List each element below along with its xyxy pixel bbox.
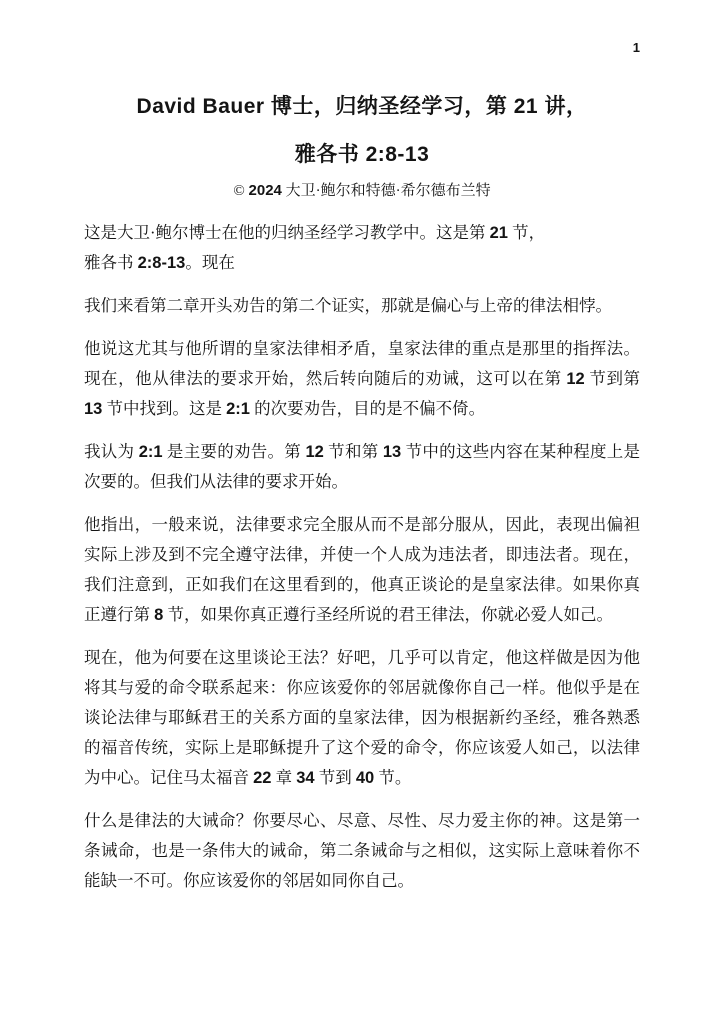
- copyright-line: © 2024 大卫·鲍尔和特德·希尔德布兰特: [0, 180, 724, 202]
- document-header: David Bauer 博士，归纳圣经学习，第 21 讲， 雅各书 2:8-13…: [0, 0, 724, 202]
- paragraph: 他指出，一般来说，法律要求完全服从而不是部分服从，因此，表现出偏袒实际上涉及到不…: [84, 510, 640, 630]
- paragraph: 他说这尤其与他所谓的皇家法律相矛盾，皇家法律的重点是那里的指挥法。现在，他从律法…: [84, 334, 640, 424]
- paragraph: 我们来看第二章开头劝告的第二个证实，那就是偏心与上帝的律法相悖。: [84, 291, 640, 321]
- document-page: 1 David Bauer 博士，归纳圣经学习，第 21 讲， 雅各书 2:8-…: [0, 0, 724, 1024]
- paragraph: 这是大卫·鲍尔博士在他的归纳圣经学习教学中。这是第 21 节， 雅各书 2:8-…: [84, 218, 640, 278]
- document-title-line1: David Bauer 博士，归纳圣经学习，第 21 讲，: [0, 83, 724, 131]
- page-number: 1: [633, 40, 640, 55]
- document-title-line2: 雅各书 2:8-13: [0, 131, 724, 179]
- paragraph: 现在，他为何要在这里谈论王法？好吧，几乎可以肯定，他这样做是因为他将其与爱的命令…: [84, 643, 640, 793]
- paragraph: 什么是律法的大诫命？你要尽心、尽意、尽性、尽力爱主你的神。这是第一条诫命，也是一…: [84, 806, 640, 896]
- document-body: 这是大卫·鲍尔博士在他的归纳圣经学习教学中。这是第 21 节， 雅各书 2:8-…: [84, 218, 640, 896]
- paragraph: 我认为 2:1 是主要的劝告。第 12 节和第 13 节中的这些内容在某种程度上…: [84, 437, 640, 497]
